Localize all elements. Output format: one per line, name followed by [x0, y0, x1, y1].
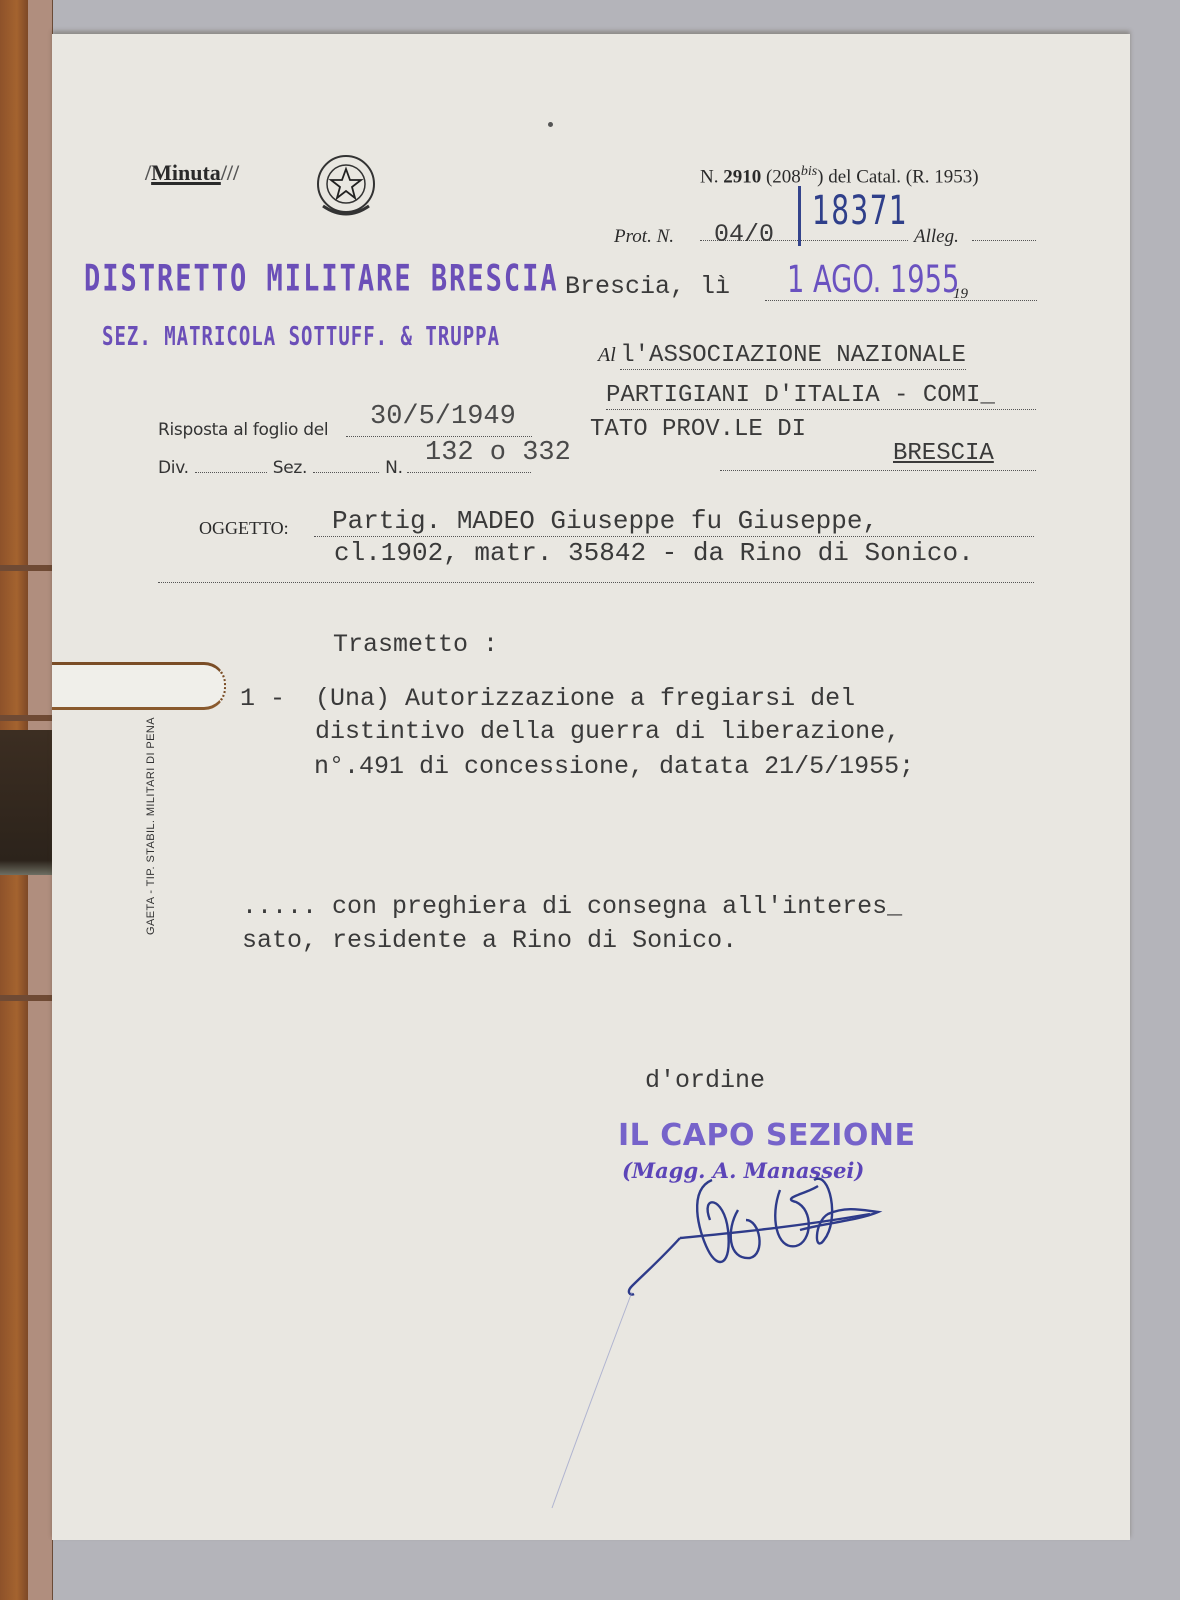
- addressee-block: Al l'ASSOCIAZIONE NAZIONALE: [598, 342, 966, 369]
- title-stamp: IL CAPO SEZIONE: [618, 1118, 916, 1153]
- closing-line1: ..... con preghiera di consegna all'inte…: [242, 892, 902, 921]
- reply-foglio-date: 30/5/1949: [370, 402, 516, 432]
- closing-line2: sato, residente a Rino di Sonico.: [242, 926, 737, 955]
- subject-separator: [158, 582, 1034, 583]
- italian-republic-emblem-icon: [313, 150, 379, 224]
- binder-band: [0, 565, 52, 571]
- addressee-line2: PARTIGIANI D'ITALIA - COMI_: [606, 382, 1036, 410]
- item-line2: distintivo della guerra di liberazione,: [315, 717, 900, 746]
- torn-hole: [52, 662, 226, 710]
- protocol-number: 04/0: [714, 220, 774, 249]
- binder-band: [0, 715, 52, 721]
- office-stamp-line2: SEZ. MATRICOLA SOTTUFF. & TRUPPA: [102, 322, 500, 352]
- handwritten-bar: [798, 186, 801, 246]
- office-stamp-line1: DISTRETTO MILITARE BRESCIA: [84, 258, 559, 300]
- order-text: d'ordine: [645, 1066, 765, 1095]
- item-line3: n°.491 di concessione, datata 21/5/1955;: [314, 752, 914, 781]
- subject-label: OGGETTO:: [199, 518, 289, 539]
- reply-number: 132 o 332: [425, 438, 571, 468]
- body-intro: Trasmetto :: [333, 630, 498, 659]
- ink-dot: [548, 122, 553, 127]
- item-line1: (Una) Autorizzazione a fregiarsi del: [315, 684, 855, 713]
- minuta-heading: /Minuta///: [145, 160, 239, 186]
- catalog-reference: N. 2910 (208bis) del Catal. (R. 1953): [700, 164, 979, 188]
- item-number: 1 -: [240, 684, 285, 713]
- subject-line1: Partig. MADEO Giuseppe fu Giuseppe,: [332, 506, 878, 536]
- pen-trail: [540, 1290, 650, 1510]
- subject-line2: cl.1902, matr. 35842 - da Rino di Sonico…: [334, 538, 974, 568]
- margin-printer-note: GAETA - TIP. STABIL. MILITARI DI PENA: [145, 717, 157, 935]
- binder-band: [0, 995, 52, 1001]
- addressee-line3: TATO PROV.LE DI: [590, 416, 806, 443]
- subject-dotline: [314, 536, 1034, 537]
- reply-foglio-label: Risposta al foglio del: [158, 420, 328, 440]
- handwritten-protocol: 18371: [812, 188, 908, 234]
- date-line: Brescia, lì 1 AGO. 1955 19: [565, 272, 1037, 304]
- addressee-city: BRESCIA: [893, 440, 994, 467]
- binder-clip: [0, 730, 52, 875]
- reply-foglio-dotline: [346, 436, 532, 437]
- date-stamp: 1 AGO. 1955: [787, 258, 959, 301]
- addressee-dotline: [720, 470, 1036, 471]
